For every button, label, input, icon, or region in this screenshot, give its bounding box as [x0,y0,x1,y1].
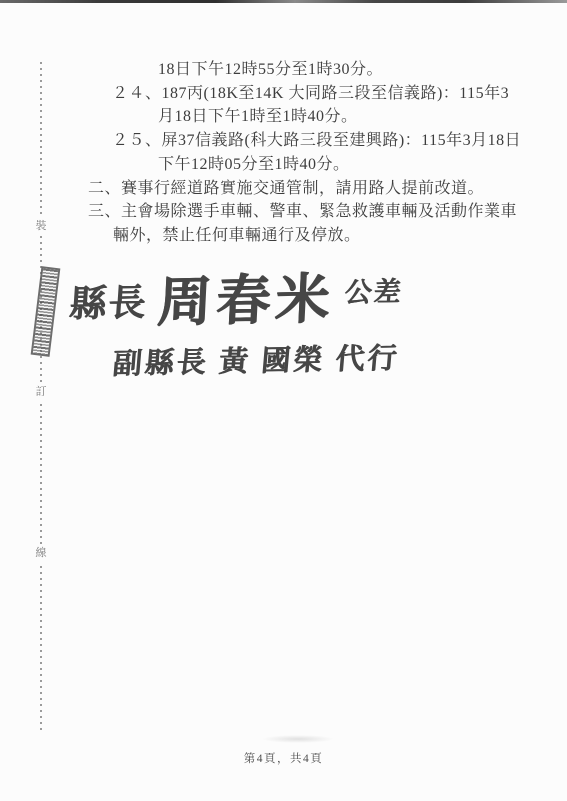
scan-top-edge-artifact [0,0,567,3]
binding-char-xian: 線 [35,545,47,562]
body-line: 下午12時05分至1時40分。 [0,153,567,177]
document-page: 裝 訂 線 18日下午12時55分至1時30分。 ２４、187丙(18K至14K… [0,0,567,801]
body-line: ２４、187丙(18K至14K 大同路三段至信義路)：115年3 [0,82,567,106]
signature-block: 縣長 周春米 公差 副縣長 黃 國榮 代行 [69,254,411,383]
seal-stamp [31,266,61,357]
page-number: 第4頁，共4頁 [0,750,567,766]
body-line: 輛外，禁止任何車輛通行及停放。 [0,224,567,248]
signature-status-note: 公差 [343,270,404,310]
scan-smudge-artifact [262,735,334,743]
body-line: 三、主會場除選手車輛、警車、緊急救護車輛及活動作業車 [0,200,567,224]
binding-char-ding: 訂 [35,384,47,401]
body-line: 月18日下午1時至1時40分。 [0,105,567,129]
signature-title: 縣長 [68,271,150,327]
body-line: 18日下午12時55分至1時30分。 [0,58,567,82]
deputy-signature: 副縣長 黃 國榮 代行 [111,335,412,382]
body-line: 二、賽事行經道路實施交通管制，請用路人提前改道。 [0,177,567,201]
body-text: 18日下午12時55分至1時30分。 ２４、187丙(18K至14K 大同路三段… [0,58,567,248]
signature-name: 周春米 [156,256,337,337]
body-line: ２５、屏37信義路(科大路三段至建興路)：115年3月18日 [0,129,567,153]
magistrate-signature-line: 縣長 周春米 公差 [69,254,411,338]
